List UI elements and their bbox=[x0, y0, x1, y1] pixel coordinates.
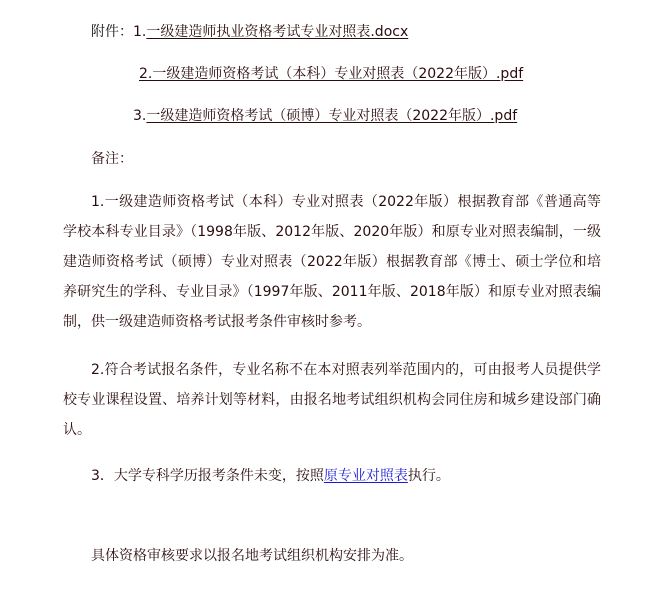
attachment-3-prefix: 3. bbox=[133, 108, 146, 124]
attachment-line-3: 3.一级建造师资格考试（硕博）专业对照表（2022年版）.pdf bbox=[133, 107, 517, 125]
attachment-1-prefix: 1. bbox=[133, 24, 146, 40]
notes-heading: 备注： bbox=[91, 150, 133, 168]
note-3-text-after: 执行。 bbox=[408, 468, 450, 484]
attachment-line-1: 附件：1.一级建造师执业资格考试专业对照表.docx bbox=[91, 23, 408, 41]
note-paragraph-1: 1.一级建造师资格考试（本科）专业对照表（2022年版）根据教育部《普通高等学校… bbox=[63, 187, 601, 337]
attachment-line-2: 2.一级建造师资格考试（本科）专业对照表（2022年版）.pdf bbox=[139, 65, 523, 83]
original-major-table-link[interactable]: 原专业对照表 bbox=[324, 468, 408, 484]
note-paragraph-2: 2.符合考试报名条件，专业名称不在本对照表列举范围内的，可由报考人员提供学校专业… bbox=[63, 355, 601, 445]
attachment-link-bachelor-pdf[interactable]: 2.一级建造师资格考试（本科）专业对照表（2022年版）.pdf bbox=[139, 66, 523, 82]
note-3-text-before: 3．大学专科学历报考条件未变，按照 bbox=[91, 468, 324, 484]
note-paragraph-3: 3．大学专科学历报考条件未变，按照原专业对照表执行。 bbox=[91, 467, 450, 485]
attachments-label: 附件： bbox=[91, 24, 133, 40]
attachment-link-master-doctor-pdf[interactable]: 一级建造师资格考试（硕博）专业对照表（2022年版）.pdf bbox=[146, 108, 517, 124]
footer-note: 具体资格审核要求以报名地考试组织机构安排为准。 bbox=[91, 547, 413, 565]
attachment-link-docx[interactable]: 一级建造师执业资格考试专业对照表.docx bbox=[146, 24, 408, 40]
